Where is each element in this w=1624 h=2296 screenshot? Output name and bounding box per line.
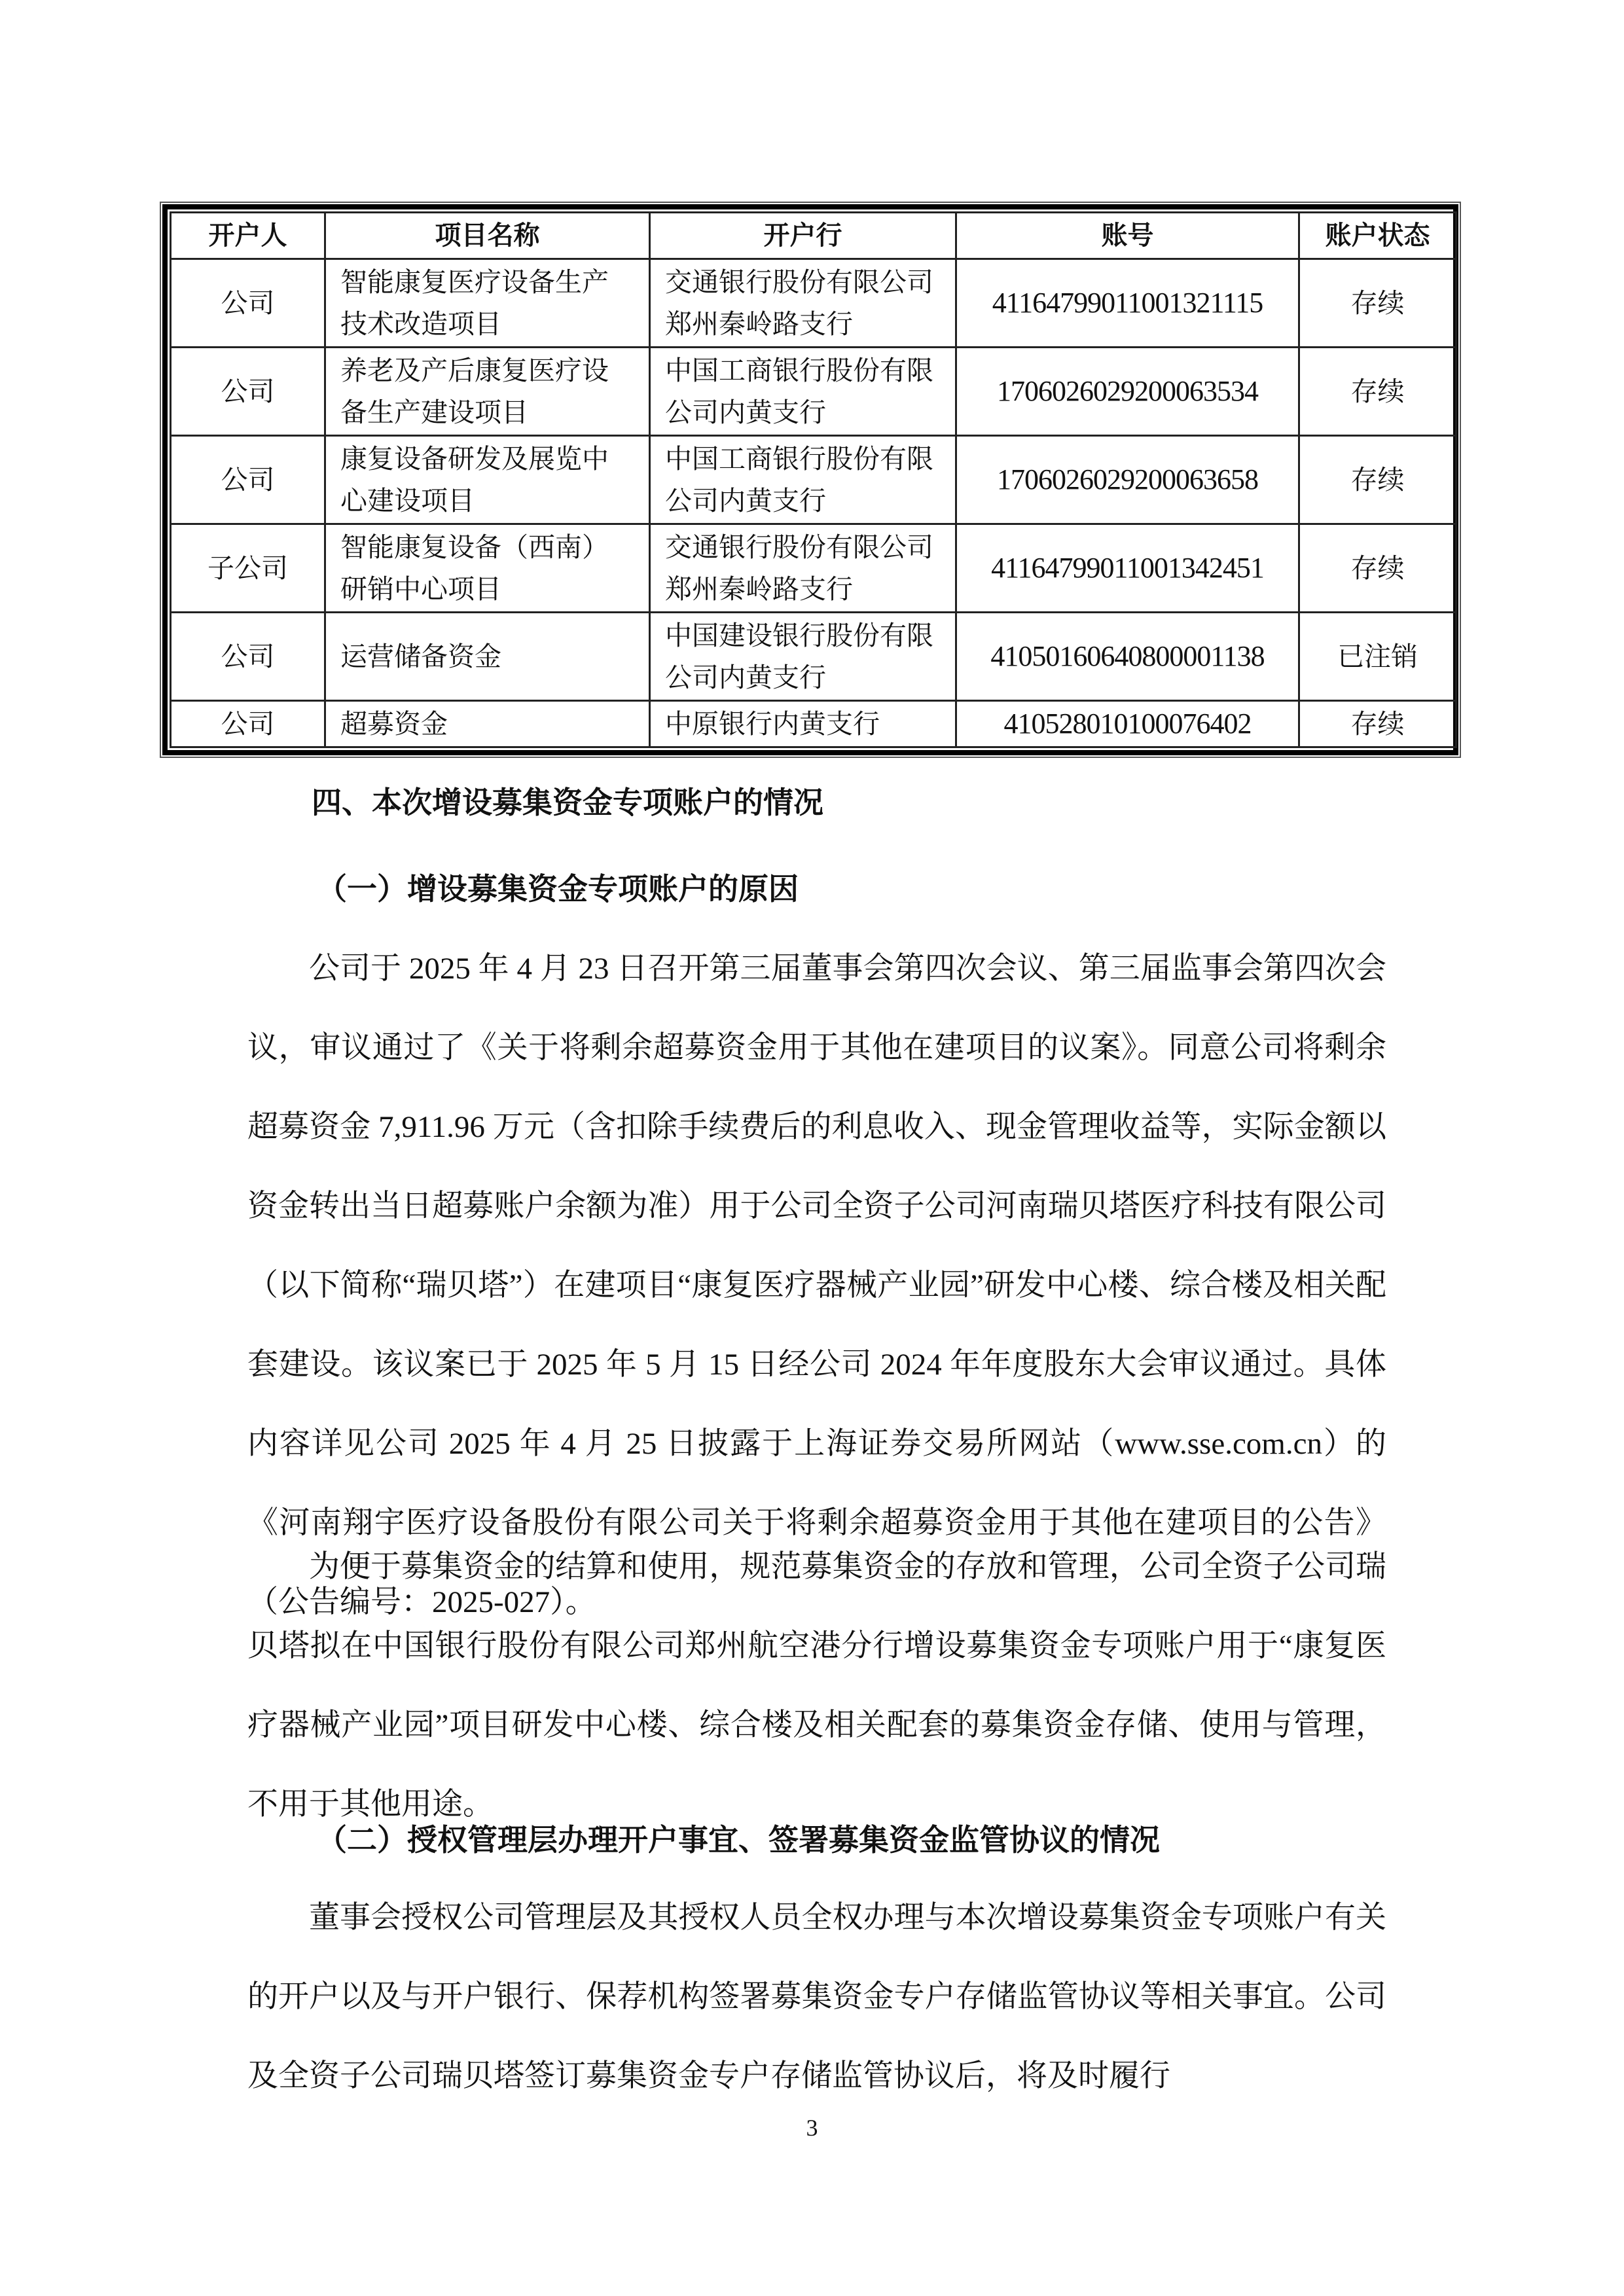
cell-bank: 中原银行内黄支行 <box>650 701 956 747</box>
cell-project: 智能康复医疗设备生产技术改造项目 <box>325 259 650 348</box>
cell-holder: 公司 <box>171 259 325 348</box>
cell-holder: 公司 <box>171 613 325 701</box>
subsection-2-heading: （二）授权管理层办理开户事宜、签署募集资金监管协议的情况 <box>317 1816 1160 1859</box>
subsection-1-heading: （一）增设募集资金专项账户的原因 <box>317 865 799 908</box>
cell-project: 康复设备研发及展览中心建设项目 <box>325 436 650 524</box>
section-4-heading: 四、本次增设募集资金专项账户的情况 <box>312 779 823 822</box>
cell-status: 存续 <box>1299 524 1456 613</box>
cell-status: 存续 <box>1299 348 1456 436</box>
header-bank: 开户行 <box>650 213 956 259</box>
header-holder: 开户人 <box>171 213 325 259</box>
bank-accounts-table: 开户人 项目名称 开户行 账号 账户状态 公司 智能康复医疗设备生产技术改造项目… <box>162 204 1458 755</box>
cell-status: 存续 <box>1299 701 1456 747</box>
cell-project: 运营储备资金 <box>325 613 650 701</box>
table-header-row: 开户人 项目名称 开户行 账号 账户状态 <box>171 213 1456 259</box>
cell-holder: 公司 <box>171 348 325 436</box>
table-row: 公司 运营储备资金 中国建设银行股份有限公司内黄支行 4105016064080… <box>171 613 1456 701</box>
cell-account: 410528010100076402 <box>956 701 1299 747</box>
cell-account: 41164799011001342451 <box>956 524 1299 613</box>
cell-holder: 公司 <box>171 436 325 524</box>
cell-bank: 交通银行股份有限公司郑州秦岭路支行 <box>650 259 956 348</box>
table-row: 子公司 智能康复设备（西南）研销中心项目 交通银行股份有限公司郑州秦岭路支行 4… <box>171 524 1456 613</box>
cell-project: 养老及产后康复医疗设备生产建设项目 <box>325 348 650 436</box>
cell-project: 智能康复设备（西南）研销中心项目 <box>325 524 650 613</box>
cell-status: 存续 <box>1299 259 1456 348</box>
cell-status: 已注销 <box>1299 613 1456 701</box>
table-row: 公司 超募资金 中原银行内黄支行 410528010100076402 存续 <box>171 701 1456 747</box>
cell-account: 1706026029200063534 <box>956 348 1299 436</box>
table-row: 公司 智能康复医疗设备生产技术改造项目 交通银行股份有限公司郑州秦岭路支行 41… <box>171 259 1456 348</box>
subsection-2-paragraph-1: 董事会授权公司管理层及其授权人员全权办理与本次增设募集资金专项账户有关的开户以及… <box>247 1878 1386 2116</box>
header-status: 账户状态 <box>1299 213 1456 259</box>
cell-holder: 公司 <box>171 701 325 747</box>
cell-account: 41050160640800001138 <box>956 613 1299 701</box>
table-row: 公司 养老及产后康复医疗设备生产建设项目 中国工商银行股份有限公司内黄支行 17… <box>171 348 1456 436</box>
cell-holder: 子公司 <box>171 524 325 613</box>
page-number: 3 <box>0 2114 1624 2142</box>
header-account: 账号 <box>956 213 1299 259</box>
cell-status: 存续 <box>1299 436 1456 524</box>
cell-bank: 交通银行股份有限公司郑州秦岭路支行 <box>650 524 956 613</box>
header-project: 项目名称 <box>325 213 650 259</box>
cell-bank: 中国工商银行股份有限公司内黄支行 <box>650 348 956 436</box>
cell-project: 超募资金 <box>325 701 650 747</box>
cell-account: 1706026029200063658 <box>956 436 1299 524</box>
cell-bank: 中国建设银行股份有限公司内黄支行 <box>650 613 956 701</box>
subsection-1-paragraph-2: 为便于募集资金的结算和使用，规范募集资金的存放和管理，公司全资子公司瑞贝塔拟在中… <box>247 1528 1386 1844</box>
cell-account: 41164799011001321115 <box>956 259 1299 348</box>
table-row: 公司 康复设备研发及展览中心建设项目 中国工商银行股份有限公司内黄支行 1706… <box>171 436 1456 524</box>
cell-bank: 中国工商银行股份有限公司内黄支行 <box>650 436 956 524</box>
